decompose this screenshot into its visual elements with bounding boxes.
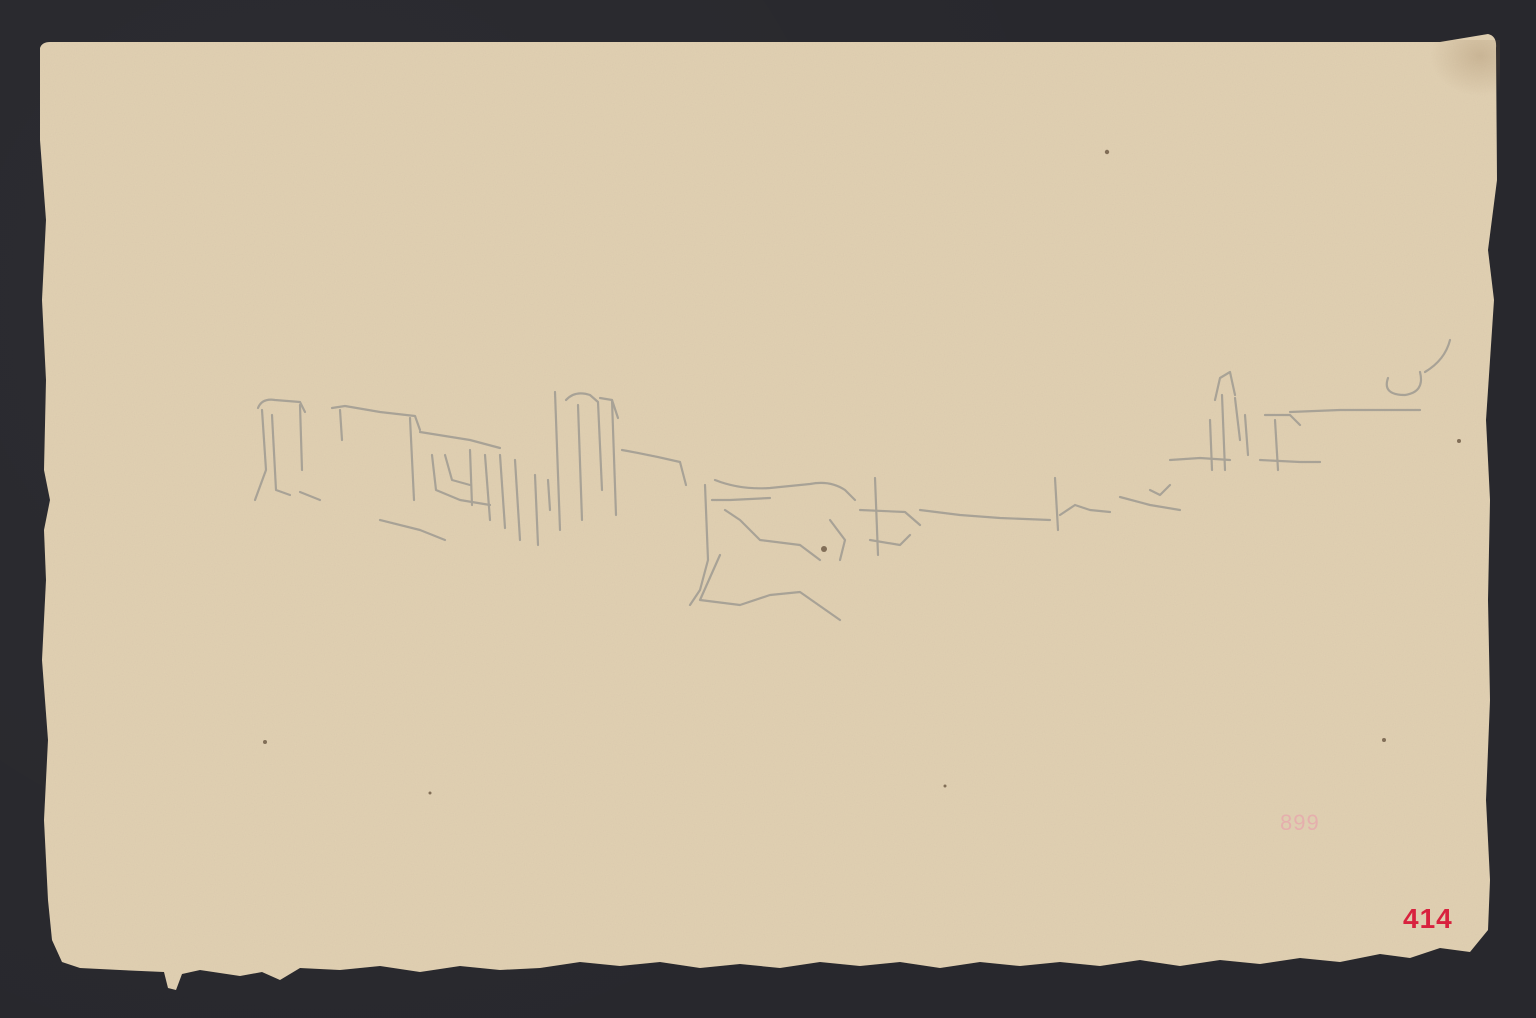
paper-sheet <box>40 34 1497 990</box>
sketch-paper <box>0 0 1536 1018</box>
inventory-number-faint: 899 <box>1280 810 1320 836</box>
inventory-number-red: 414 <box>1403 903 1453 935</box>
